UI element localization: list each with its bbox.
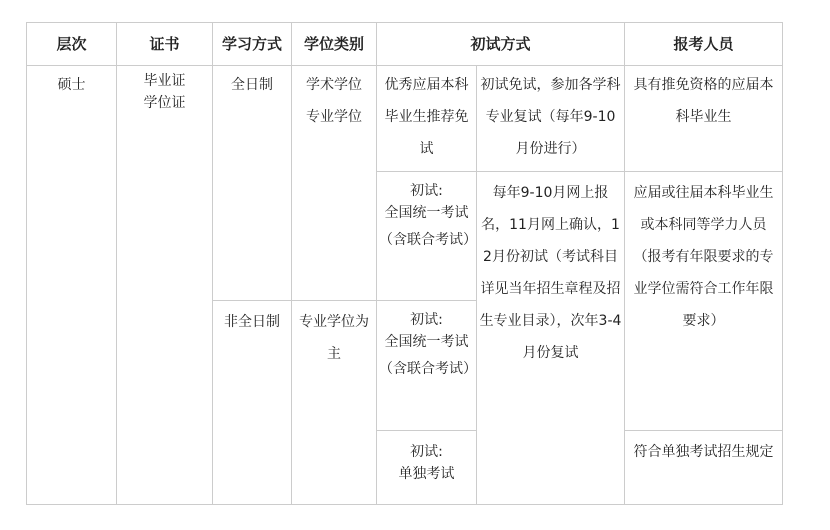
exam-name: 单独考试 — [379, 463, 474, 485]
full-time-text: 全日制 — [231, 77, 273, 93]
applicants-recommended: 具有推免资格的应届本科毕业生 — [625, 66, 783, 172]
exam-note: （含联合考试） — [379, 353, 474, 385]
header-certificate: 证书 — [117, 23, 213, 66]
header-study-mode: 学习方式 — [213, 23, 292, 66]
header-row: 层次 证书 学习方式 学位类别 初试方式 报考人员 — [27, 23, 783, 66]
exam-national-detail: 每年9-10月网上报名，11月网上确认，12月份初试（考试科目详见当年招生章程及… — [477, 172, 625, 505]
exam-name: 全国统一考试 — [379, 202, 474, 224]
table-row: 硕士 毕业证 学位证 全日制 学术学位 专业学位 优秀应届本科毕业生推荐免试 初… — [27, 66, 783, 172]
exam-label: 初试: — [379, 180, 474, 202]
exam-label: 初试: — [379, 441, 474, 463]
header-exam-method: 初试方式 — [377, 23, 625, 66]
level-text: 硕士 — [58, 77, 86, 93]
professional-degree: 专业学位 — [294, 101, 374, 133]
exam-name: 全国统一考试 — [379, 331, 474, 353]
exam-label: 初试: — [379, 309, 474, 331]
academic-degree: 学术学位 — [294, 69, 374, 101]
header-degree-type: 学位类别 — [292, 23, 377, 66]
certificate-diploma: 毕业证 — [119, 70, 210, 92]
graduate-admission-table: 层次 证书 学习方式 学位类别 初试方式 报考人员 硕士 毕业证 学位证 全日制… — [26, 22, 783, 505]
exam-recommended-detail: 初试免试，参加各学科专业复试（每年9-10月份进行） — [477, 66, 625, 172]
certificate-cell: 毕业证 学位证 — [117, 66, 213, 505]
exam-recommended: 优秀应届本科毕业生推荐免试 — [377, 66, 477, 172]
exam-national-part-time: 初试: 全国统一考试 （含联合考试） — [377, 301, 477, 431]
exam-note: （含联合考试） — [379, 224, 474, 256]
degree-type-part-time: 专业学位为主 — [292, 301, 377, 505]
header-level: 层次 — [27, 23, 117, 66]
applicants-national: 应届或往届本科毕业生或本科同等学力人员（报考有年限要求的专业学位需符合工作年限要… — [625, 172, 783, 431]
study-mode-full-time: 全日制 — [213, 66, 292, 301]
level-cell: 硕士 — [27, 66, 117, 505]
study-mode-part-time: 非全日制 — [213, 301, 292, 505]
part-time-text: 非全日制 — [224, 314, 280, 330]
certificate-degree: 学位证 — [119, 92, 210, 114]
header-applicants: 报考人员 — [625, 23, 783, 66]
exam-independent: 初试: 单独考试 — [377, 431, 477, 505]
exam-national-full-time: 初试: 全国统一考试 （含联合考试） — [377, 172, 477, 301]
degree-type-full-time: 学术学位 专业学位 — [292, 66, 377, 301]
applicants-independent: 符合单独考试招生规定 — [625, 431, 783, 505]
